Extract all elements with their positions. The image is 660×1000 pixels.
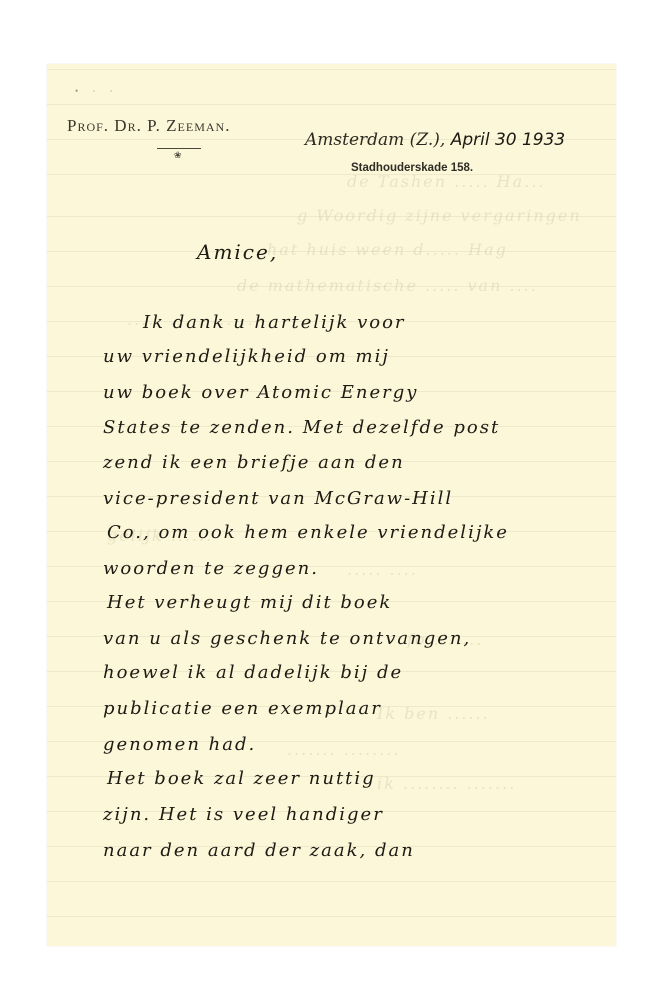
place: Amsterdam (Z.), bbox=[305, 130, 445, 150]
letter-line: genomen had. bbox=[103, 734, 256, 755]
letterhead-name: Prof. Dr. P. Zeeman. bbox=[67, 116, 230, 136]
letter-line: woorden te zeggen. bbox=[103, 558, 319, 579]
letter-line: Het boek zal zeer nuttig bbox=[107, 768, 376, 789]
handwritten-date: April 30 1933 bbox=[451, 130, 566, 150]
letter-line: vice-president van McGraw-Hill bbox=[103, 488, 453, 509]
letter-line: uw boek over Atomic Energy bbox=[103, 382, 418, 403]
bleed-through-line: ..... .... bbox=[347, 560, 418, 579]
bleed-through-line: de Tashen ..... Ha... bbox=[347, 172, 545, 191]
letter-line: Co., om ook hem enkele vriendelijke bbox=[107, 522, 509, 543]
letter-line: naar den aard der zaak, dan bbox=[103, 840, 415, 861]
paper-marks: • · · bbox=[75, 86, 119, 96]
bleed-through-line: hat huis ween d..... Hag bbox=[267, 240, 508, 259]
bleed-through-line: Ik ben ...... bbox=[377, 704, 490, 723]
salutation: Amice, bbox=[197, 240, 278, 264]
letter-line: zend ik een briefje aan den bbox=[103, 452, 405, 473]
letter-line: States te zenden. Met dezelfde post bbox=[103, 417, 500, 438]
bleed-through-line: ik ........ ....... bbox=[377, 774, 516, 793]
letter-paper: • · · Prof. Dr. P. Zeeman. ❀ Amsterdam (… bbox=[47, 64, 616, 946]
letter-line: van u als geschenk te ontvangen, bbox=[103, 628, 471, 649]
letter-line: uw vriendelijkheid om mij bbox=[103, 346, 390, 367]
emblem-icon: ❀ bbox=[174, 150, 182, 161]
bleed-through-line: de mathematische ..... van .... bbox=[237, 276, 538, 295]
letterhead-divider bbox=[157, 148, 201, 149]
letter-line: Ik dank u hartelijk voor bbox=[143, 312, 406, 333]
bleed-through-line: ....... ........ bbox=[287, 740, 400, 759]
letter-line: zijn. Het is veel handiger bbox=[103, 804, 384, 825]
letter-line: hoewel ik al dadelijk bij de bbox=[103, 662, 403, 683]
place-date: Amsterdam (Z.), April 30 1933 bbox=[305, 130, 565, 150]
bleed-through-line: g Woordig zijne vergaringen bbox=[297, 206, 582, 225]
letter-line: Het verheugt mij dit boek bbox=[107, 592, 392, 613]
letter-line: publicatie een exemplaar bbox=[103, 698, 382, 719]
